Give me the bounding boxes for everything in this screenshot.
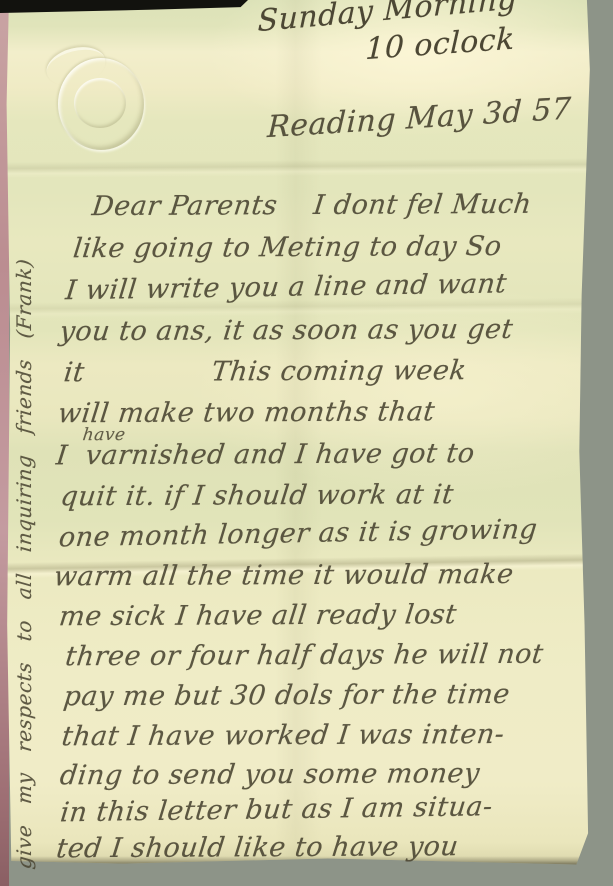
letter-line: me sick I have all ready lost — [58, 601, 459, 630]
letter-body: Dear Parents I dont fel Much like going … — [0, 0, 613, 886]
letter-line: one month longer as it is growing — [58, 516, 539, 551]
scanned-letter-page: { "document": { "kind": "handwritten let… — [0, 0, 613, 886]
letter-line: I will write you a line and want — [64, 270, 508, 304]
vertical-margin-note: give my respects to all inquiring friend… — [12, 36, 36, 870]
letter-line: ding to send you some money — [58, 760, 481, 789]
letter-line: pay me but 30 dols for the time — [62, 681, 511, 710]
letter-line: warm all the time it would make — [52, 561, 515, 590]
letter-line: quit it. if I should work at it — [59, 481, 455, 510]
letter-line: Dear Parents I dont fel Much — [91, 191, 534, 220]
letter-line: three or four half days he will not — [64, 641, 545, 671]
letter-line: it This coming week — [62, 357, 468, 386]
letter-line: like going to Meting to day So — [72, 233, 504, 262]
letter-line: will make two months that — [57, 398, 437, 427]
letter-line: in this letter but as I am situa- — [59, 793, 494, 826]
letter-line: ted I should like to have you — [55, 833, 460, 862]
letter-line: I varnished and I have got to — [55, 440, 476, 469]
letter-line: you to ans, it as soon as you get — [58, 316, 514, 345]
letter-line: that I have worked I was inten- — [60, 721, 506, 750]
